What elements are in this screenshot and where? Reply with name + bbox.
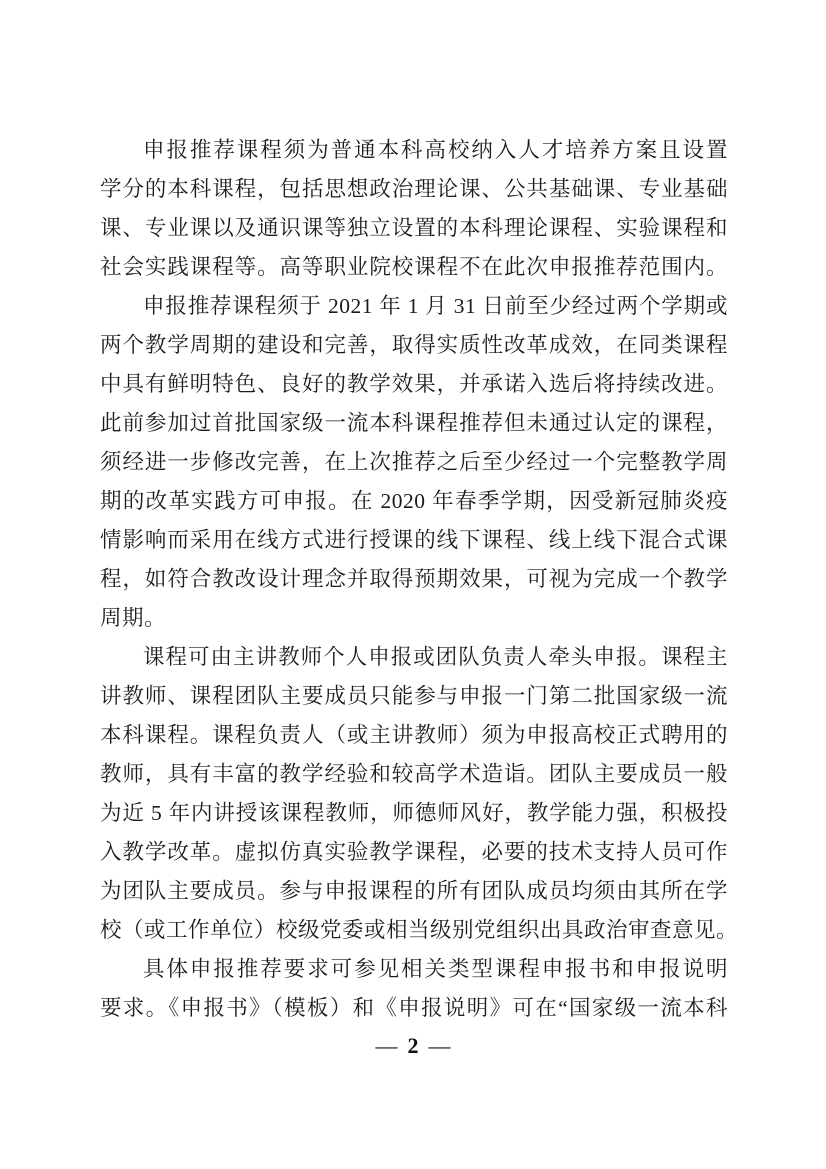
text-line: 本科课程。课程负责人（或主讲教师）须为申报高校正式聘用的 bbox=[100, 716, 728, 755]
text-line: 具体申报推荐要求可参见相关类型课程申报书和申报说明 bbox=[100, 950, 728, 989]
paragraph: 具体申报推荐要求可参见相关类型课程申报书和申报说明要求。《申报书》（模板）和《申… bbox=[100, 950, 728, 1028]
text-line: 校（或工作单位）校级党委或相当级别党组织出具政治审查意见。 bbox=[100, 911, 728, 950]
paragraph: 申报推荐课程须为普通本科高校纳入人才培养方案且设置学分的本科课程，包括思想政治理… bbox=[100, 131, 728, 287]
text-line: 中具有鲜明特色、良好的教学效果，并承诺入选后将持续改进。 bbox=[100, 365, 728, 404]
text-line: 须经进一步修改完善，在上次推荐之后至少经过一个完整教学周 bbox=[100, 443, 728, 482]
text-line: 申报推荐课程须为普通本科高校纳入人才培养方案且设置 bbox=[100, 131, 728, 170]
page-number-dash-left: — bbox=[376, 1033, 398, 1058]
text-line: 情影响而采用在线方式进行授课的线下课程、线上线下混合式课 bbox=[100, 521, 728, 560]
text-line: 程，如符合教改设计理念并取得预期效果，可视为完成一个教学 bbox=[100, 560, 728, 599]
paragraph: 课程可由主讲教师个人申报或团队负责人牵头申报。课程主讲教师、课程团队主要成员只能… bbox=[100, 638, 728, 950]
page-number-dash-right: — bbox=[429, 1033, 451, 1058]
text-line: 为近 5 年内讲授该课程教师，师德师风好，教学能力强，积极投 bbox=[100, 794, 728, 833]
text-line: 为团队主要成员。参与申报课程的所有团队成员均须由其所在学 bbox=[100, 872, 728, 911]
text-line: 期的改革实践方可申报。在 2020 年春季学期，因受新冠肺炎疫 bbox=[100, 482, 728, 521]
document-page: 申报推荐课程须为普通本科高校纳入人才培养方案且设置学分的本科课程，包括思想政治理… bbox=[0, 0, 826, 1169]
text-line: 周期。 bbox=[100, 599, 728, 638]
text-line: 课程可由主讲教师个人申报或团队负责人牵头申报。课程主 bbox=[100, 638, 728, 677]
text-line: 两个教学周期的建设和完善，取得实质性改革成效，在同类课程 bbox=[100, 326, 728, 365]
text-line: 申报推荐课程须于 2021 年 1 月 31 日前至少经过两个学期或 bbox=[100, 287, 728, 326]
document-body: 申报推荐课程须为普通本科高校纳入人才培养方案且设置学分的本科课程，包括思想政治理… bbox=[100, 131, 728, 1028]
text-line: 此前参加过首批国家级一流本科课程推荐但未通过认定的课程， bbox=[100, 404, 728, 443]
text-line: 讲教师、课程团队主要成员只能参与申报一门第二批国家级一流 bbox=[100, 677, 728, 716]
text-line: 社会实践课程等。高等职业院校课程不在此次申报推荐范围内。 bbox=[100, 248, 728, 287]
text-line: 课、专业课以及通识课等独立设置的本科理论课程、实验课程和 bbox=[100, 209, 728, 248]
text-line: 学分的本科课程，包括思想政治理论课、公共基础课、专业基础 bbox=[100, 170, 728, 209]
text-line: 教师，具有丰富的教学经验和较高学术造诣。团队主要成员一般 bbox=[100, 755, 728, 794]
text-line: 入教学改革。虚拟仿真实验教学课程，必要的技术支持人员可作 bbox=[100, 833, 728, 872]
page-number: —2— bbox=[0, 1030, 826, 1062]
paragraph: 申报推荐课程须于 2021 年 1 月 31 日前至少经过两个学期或两个教学周期… bbox=[100, 287, 728, 638]
page-number-value: 2 bbox=[408, 1033, 419, 1058]
text-line: 要求。《申报书》（模板）和《申报说明》可在“国家级一流本科 bbox=[100, 989, 728, 1028]
